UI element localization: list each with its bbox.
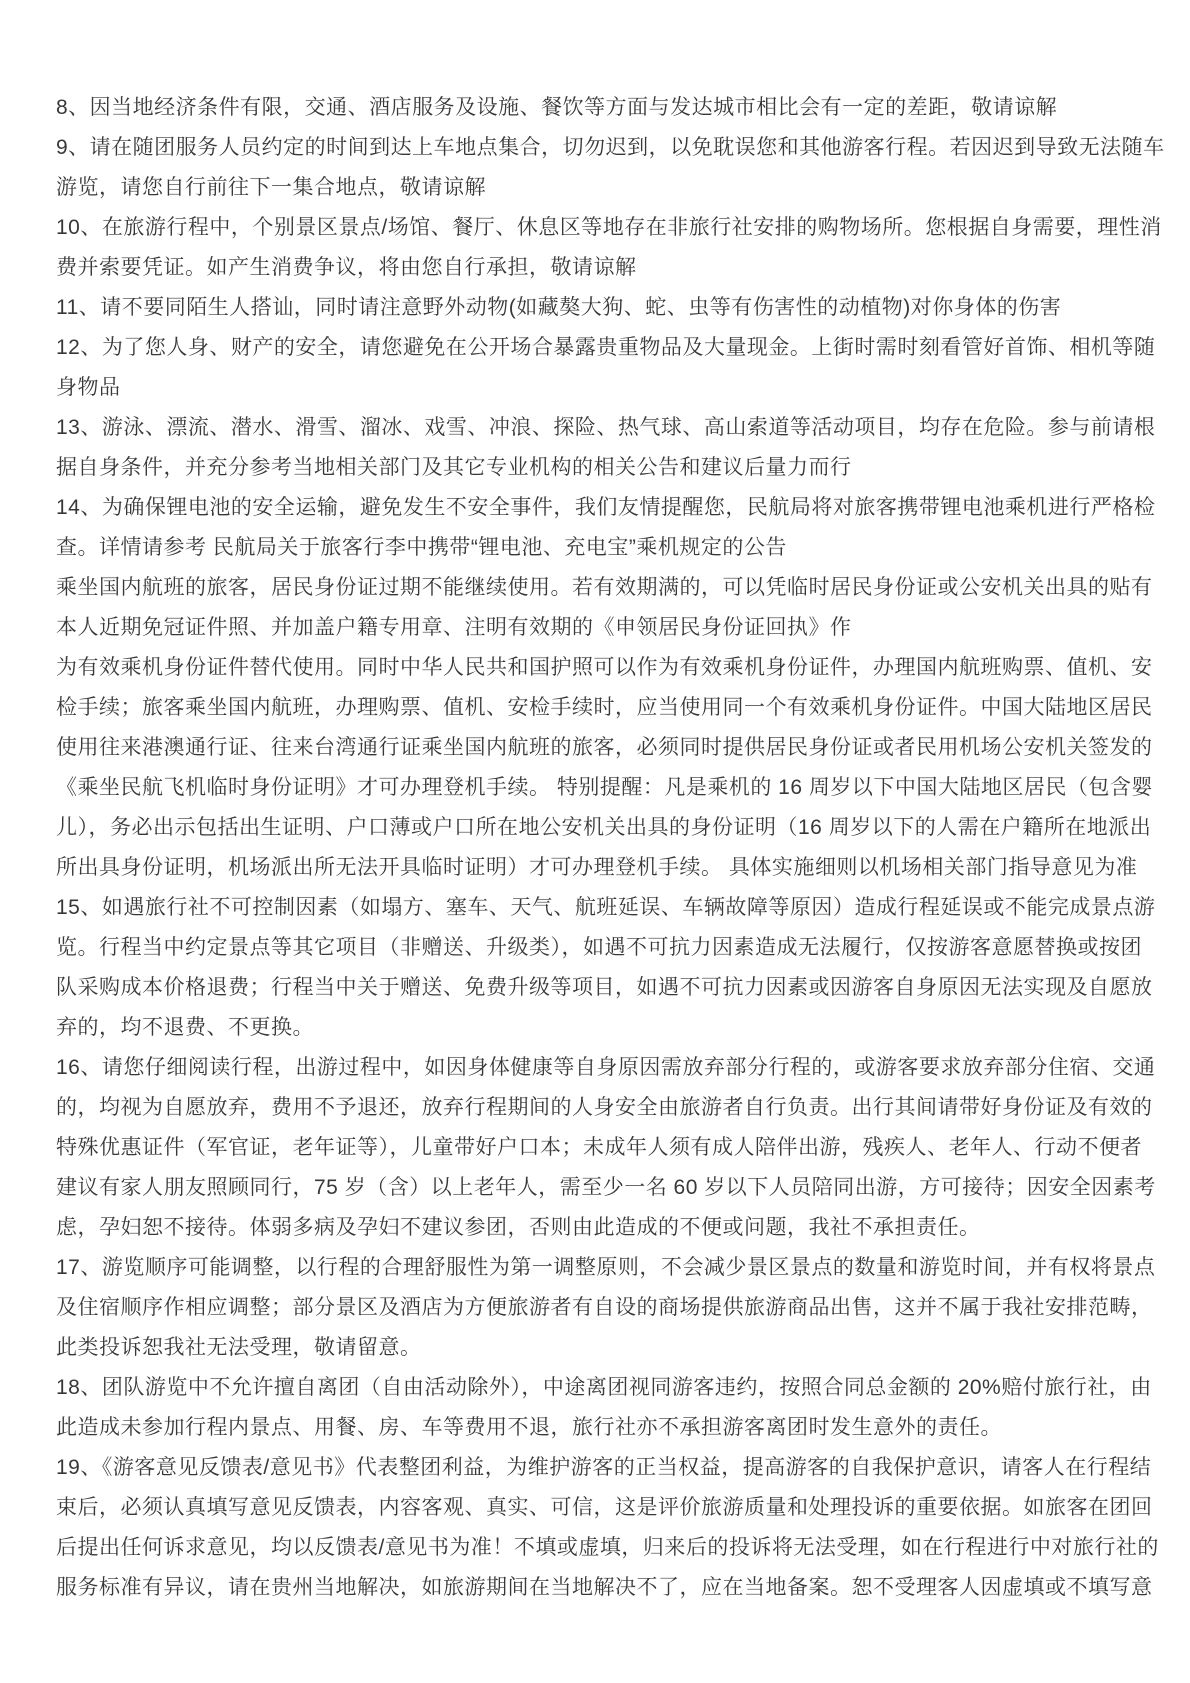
text-line: 据自身条件，并充分参考当地相关部门及其它专业机构的相关公告和建议后量力而行 [56,448,1141,488]
id-certificate-notice-part1: 乘坐国内航班的旅客，居民身份证过期不能继续使用。若有效期满的，可以凭临时居民身份… [56,568,1141,648]
text-line: 所出具身份证明，机场派出所无法开具临时证明）才可办理登机手续。 具体实施细则以机… [56,848,1141,888]
text-line: 服务标准有异议，请在贵州当地解决，如旅游期间在当地解决不了，应在当地备案。恕不受… [56,1568,1141,1608]
text-line: 本人近期免冠证件照、并加盖户籍专用章、注明有效期的《申领居民身份证回执》作 [56,608,1141,648]
text-line: 的，均视为自愿放弃，费用不予退还，放弃行程期间的人身安全由旅游者自行负责。出行其… [56,1088,1141,1128]
item-14: 14、为确保锂电池的安全运输，避免发生不安全事件，我们友情提醒您，民航局将对旅客… [56,488,1141,568]
item-15: 15、如遇旅行社不可控制因素（如塌方、塞车、天气、航班延误、车辆故障等原因）造成… [56,888,1141,1048]
text-line: 游览，请您自行前往下一集合地点，敬请谅解 [56,168,1141,208]
text-line: 队采购成本价格退费；行程当中关于赠送、免费升级等项目，如遇不可抗力因素或因游客自… [56,968,1141,1008]
item-9: 9、请在随团服务人员约定的时间到达上车地点集合，切勿迟到，以免耽误您和其他游客行… [56,128,1141,208]
text-line: 13、游泳、漂流、潜水、滑雪、溜冰、戏雪、冲浪、探险、热气球、高山索道等活动项目… [56,408,1141,448]
text-line: 检手续；旅客乘坐国内航班，办理购票、值机、安检手续时，应当使用同一个有效乘机身份… [56,688,1141,728]
text-line: 此类投诉恕我社无法受理，敬请留意。 [56,1328,1141,1368]
text-line: 束后，必须认真填写意见反馈表，内容客观、真实、可信，这是评价旅游质量和处理投诉的… [56,1488,1141,1528]
text-line: 8、因当地经济条件有限，交通、酒店服务及设施、餐饮等方面与发达城市相比会有一定的… [56,88,1141,128]
text-line: 此造成未参加行程内景点、用餐、房、车等费用不退，旅行社亦不承担游客离团时发生意外… [56,1408,1141,1448]
text-line: 儿），务必出示包括出生证明、户口薄或户口所在地公安机关出具的身份证明（16 周岁… [56,808,1141,848]
item-16: 16、请您仔细阅读行程，出游过程中，如因身体健康等自身原因需放弃部分行程的，或游… [56,1048,1141,1248]
text-line: 为有效乘机身份证件替代使用。同时中华人民共和国护照可以作为有效乘机身份证件，办理… [56,648,1141,688]
text-line: 建议有家人朋友照顾同行，75 岁（含）以上老年人，需至少一名 60 岁以下人员陪… [56,1168,1141,1208]
item-18: 18、团队游览中不允许擅自离团（自由活动除外），中途离团视同游客违约，按照合同总… [56,1368,1141,1448]
item-12: 12、为了您人身、财产的安全，请您避免在公开场合暴露贵重物品及大量现金。上街时需… [56,328,1141,408]
text-line: 览。行程当中约定景点等其它项目（非赠送、升级类），如遇不可抗力因素造成无法履行，… [56,928,1141,968]
text-line: 乘坐国内航班的旅客，居民身份证过期不能继续使用。若有效期满的，可以凭临时居民身份… [56,568,1141,608]
text-line: 身物品 [56,368,1141,408]
text-line: 15、如遇旅行社不可控制因素（如塌方、塞车、天气、航班延误、车辆故障等原因）造成… [56,888,1141,928]
item-11: 11、请不要同陌生人搭讪，同时请注意野外动物(如藏獒大狗、蛇、虫等有伤害性的动植… [56,288,1141,328]
text-line: 虑，孕妇恕不接待。体弱多病及孕妇不建议参团，否则由此造成的不便或问题，我社不承担… [56,1208,1141,1248]
item-10: 10、在旅游行程中，个别景区景点/场馆、餐厅、休息区等地存在非旅行社安排的购物场… [56,208,1141,288]
text-line: 使用往来港澳通行证、往来台湾通行证乘坐国内航班的旅客，必须同时提供居民身份证或者… [56,728,1141,768]
item-19: 19、《游客意见反馈表/意见书》代表整团利益，为维护游客的正当权益，提高游客的自… [56,1448,1141,1608]
text-line: 9、请在随团服务人员约定的时间到达上车地点集合，切勿迟到，以免耽误您和其他游客行… [56,128,1141,168]
item-13: 13、游泳、漂流、潜水、滑雪、溜冰、戏雪、冲浪、探险、热气球、高山索道等活动项目… [56,408,1141,488]
text-line: 费并索要凭证。如产生消费争议，将由您自行承担，敬请谅解 [56,248,1141,288]
text-line: 14、为确保锂电池的安全运输，避免发生不安全事件，我们友情提醒您，民航局将对旅客… [56,488,1141,528]
text-line: 11、请不要同陌生人搭讪，同时请注意野外动物(如藏獒大狗、蛇、虫等有伤害性的动植… [56,288,1141,328]
travel-notice-document: 8、因当地经济条件有限，交通、酒店服务及设施、餐饮等方面与发达城市相比会有一定的… [0,0,1190,1683]
text-line: 18、团队游览中不允许擅自离团（自由活动除外），中途离团视同游客违约，按照合同总… [56,1368,1141,1408]
text-line: 弃的，均不退费、不更换。 [56,1008,1141,1048]
text-line: 特殊优惠证件（军官证，老年证等），儿童带好户口本；未成年人须有成人陪伴出游，残疾… [56,1128,1141,1168]
item-17: 17、游览顺序可能调整，以行程的合理舒服性为第一调整原则，不会减少景区景点的数量… [56,1248,1141,1368]
text-line: 查。详情请参考 民航局关于旅客行李中携带“锂电池、充电宝”乘机规定的公告 [56,528,1141,568]
text-line: 17、游览顺序可能调整，以行程的合理舒服性为第一调整原则，不会减少景区景点的数量… [56,1248,1141,1288]
text-line: 及住宿顺序作相应调整；部分景区及酒店为方便旅游者有自设的商场提供旅游商品出售，这… [56,1288,1141,1328]
text-line: 12、为了您人身、财产的安全，请您避免在公开场合暴露贵重物品及大量现金。上街时需… [56,328,1141,368]
text-line: 10、在旅游行程中，个别景区景点/场馆、餐厅、休息区等地存在非旅行社安排的购物场… [56,208,1141,248]
item-8: 8、因当地经济条件有限，交通、酒店服务及设施、餐饮等方面与发达城市相比会有一定的… [56,88,1141,128]
id-certificate-notice-part2: 为有效乘机身份证件替代使用。同时中华人民共和国护照可以作为有效乘机身份证件，办理… [56,648,1141,888]
text-line: 后提出任何诉求意见，均以反馈表/意见书为准！不填或虚填，归来后的投诉将无法受理，… [56,1528,1141,1568]
text-line: 19、《游客意见反馈表/意见书》代表整团利益，为维护游客的正当权益，提高游客的自… [56,1448,1141,1488]
text-line: 16、请您仔细阅读行程，出游过程中，如因身体健康等自身原因需放弃部分行程的，或游… [56,1048,1141,1088]
document-body: 8、因当地经济条件有限，交通、酒店服务及设施、餐饮等方面与发达城市相比会有一定的… [56,88,1141,1608]
text-line: 《乘坐民航飞机临时身份证明》才可办理登机手续。 特别提醒：凡是乘机的 16 周岁… [56,768,1141,808]
